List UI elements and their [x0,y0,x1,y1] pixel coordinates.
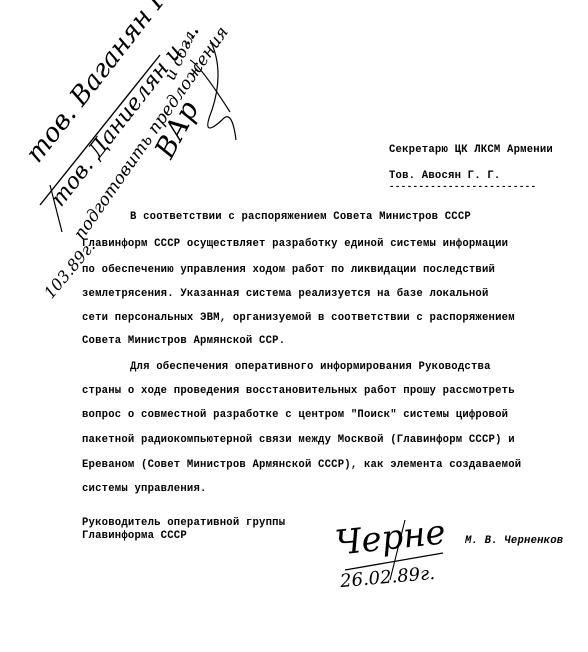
body-p2-line-6: системы управления. [82,483,207,495]
signatory-title-line-1: Руководитель оперативной группы [82,517,285,530]
body-p1-line-2: Главинформ СССР осуществляет разработку … [82,238,508,250]
body-p2-line-4: пакетной радиокомпьютерной связи между М… [82,434,515,446]
signer-name: М. В. Черненков [465,535,563,547]
body-p1-line-5: сети персональных ЭВМ, организуемой в со… [82,312,515,324]
scanned-letter-page: тов. Ваганян Г. тов. Даниелян и ... подг… [0,0,588,652]
body-p2-line-2: страны о ходе проведения восстановительн… [82,385,515,397]
addressee-line-1: Секретарю ЦК ЛКСМ Армении [389,137,553,163]
body-p1-line-6: Совета Министров Армянской ССР. [82,335,285,347]
body-p1-line-3: по обеспечению управления ходом работ по… [82,264,495,276]
signatory-title: Руководитель оперативной группы Главинфо… [82,517,285,543]
body-p1-line-1: В соответствии с распоряжением Совета Ми… [130,211,471,223]
body-p1-line-4: землетрясения. Указанная система реализу… [82,288,489,300]
body-p2-line-3: вопрос о совместной разработке с центром… [82,409,508,421]
body-p2-line-1: Для обеспечения оперативного информирова… [130,361,491,373]
body-p2-line-5: Ереваном (Совет Министров Армянской СССР… [82,459,521,471]
signatory-title-line-2: Главинформа СССР [82,530,285,543]
addressee-underline: ------------------------- [389,182,537,192]
